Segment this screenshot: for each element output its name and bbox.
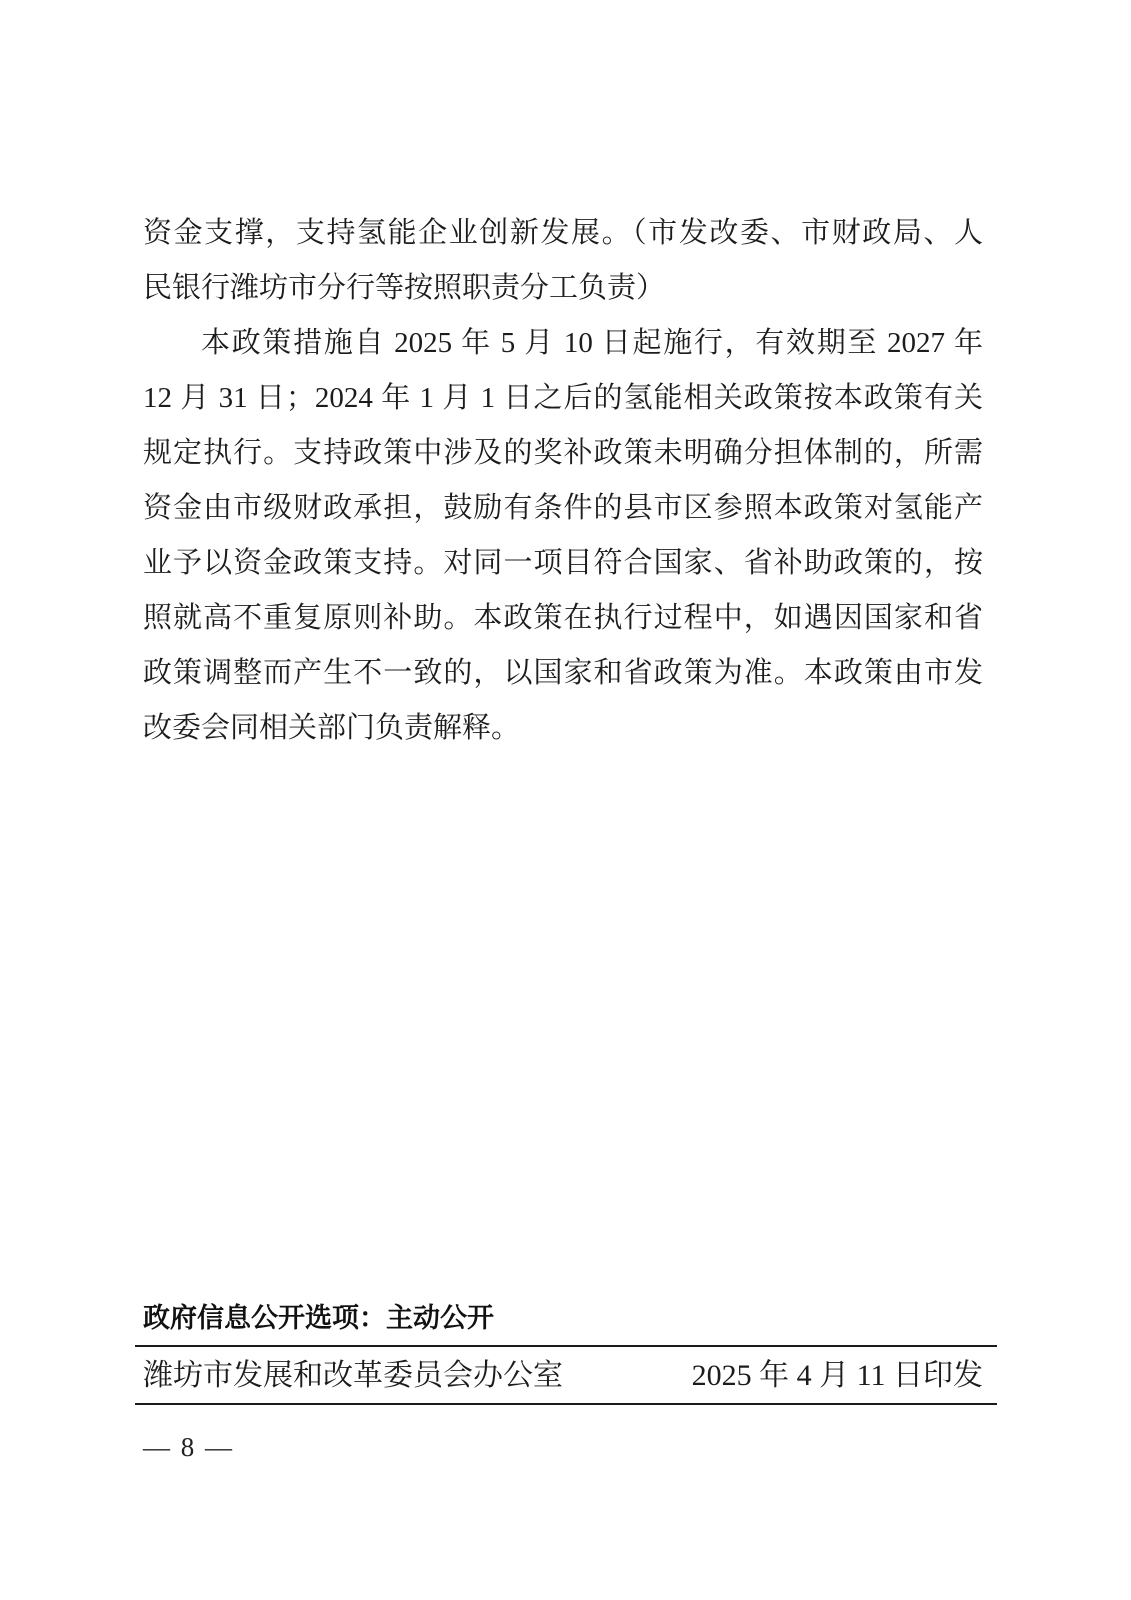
page-number: — 8 —: [143, 1430, 234, 1464]
issuing-office: 潍坊市发展和改革委员会办公室: [143, 1353, 563, 1399]
body-line: 12 月 31 日；2024 年 1 月 1 日之后的氢能相关政策按本政策有关: [143, 371, 983, 426]
footer-divider-bottom: [135, 1403, 997, 1405]
document-page: 资金支撑，支持氢能企业创新发展。（市发改委、市财政局、人 民银行潍坊市分行等按照…: [0, 0, 1131, 1600]
body-line: 照就高不重复原则补助。本政策在执行过程中，如遇因国家和省: [143, 591, 983, 646]
publicity-disclosure-label: 政府信息公开选项：主动公开: [143, 1300, 983, 1336]
body-line: 本政策措施自 2025 年 5 月 10 日起施行，有效期至 2027 年: [143, 316, 983, 371]
body-line: 资金支撑，支持氢能企业创新发展。（市发改委、市财政局、人: [143, 206, 983, 261]
issuer-row: 潍坊市发展和改革委员会办公室 2025 年 4 月 11 日印发: [143, 1353, 983, 1399]
body-line: 政策调整而产生不一致的，以国家和省政策为准。本政策由市发: [143, 646, 983, 701]
body-line: 业予以资金政策支持。对同一项目符合国家、省补助政策的，按: [143, 536, 983, 591]
print-date: 2025 年 4 月 11 日印发: [692, 1353, 983, 1399]
body-line: 规定执行。支持政策中涉及的奖补政策未明确分担体制的，所需: [143, 426, 983, 481]
body-text-block: 资金支撑，支持氢能企业创新发展。（市发改委、市财政局、人 民银行潍坊市分行等按照…: [143, 206, 983, 756]
body-line: 资金由市级财政承担，鼓励有条件的县市区参照本政策对氢能产: [143, 481, 983, 536]
body-line: 民银行潍坊市分行等按照职责分工负责）: [143, 261, 983, 316]
body-line: 改委会同相关部门负责解释。: [143, 701, 983, 756]
footer-divider-top: [135, 1345, 997, 1347]
